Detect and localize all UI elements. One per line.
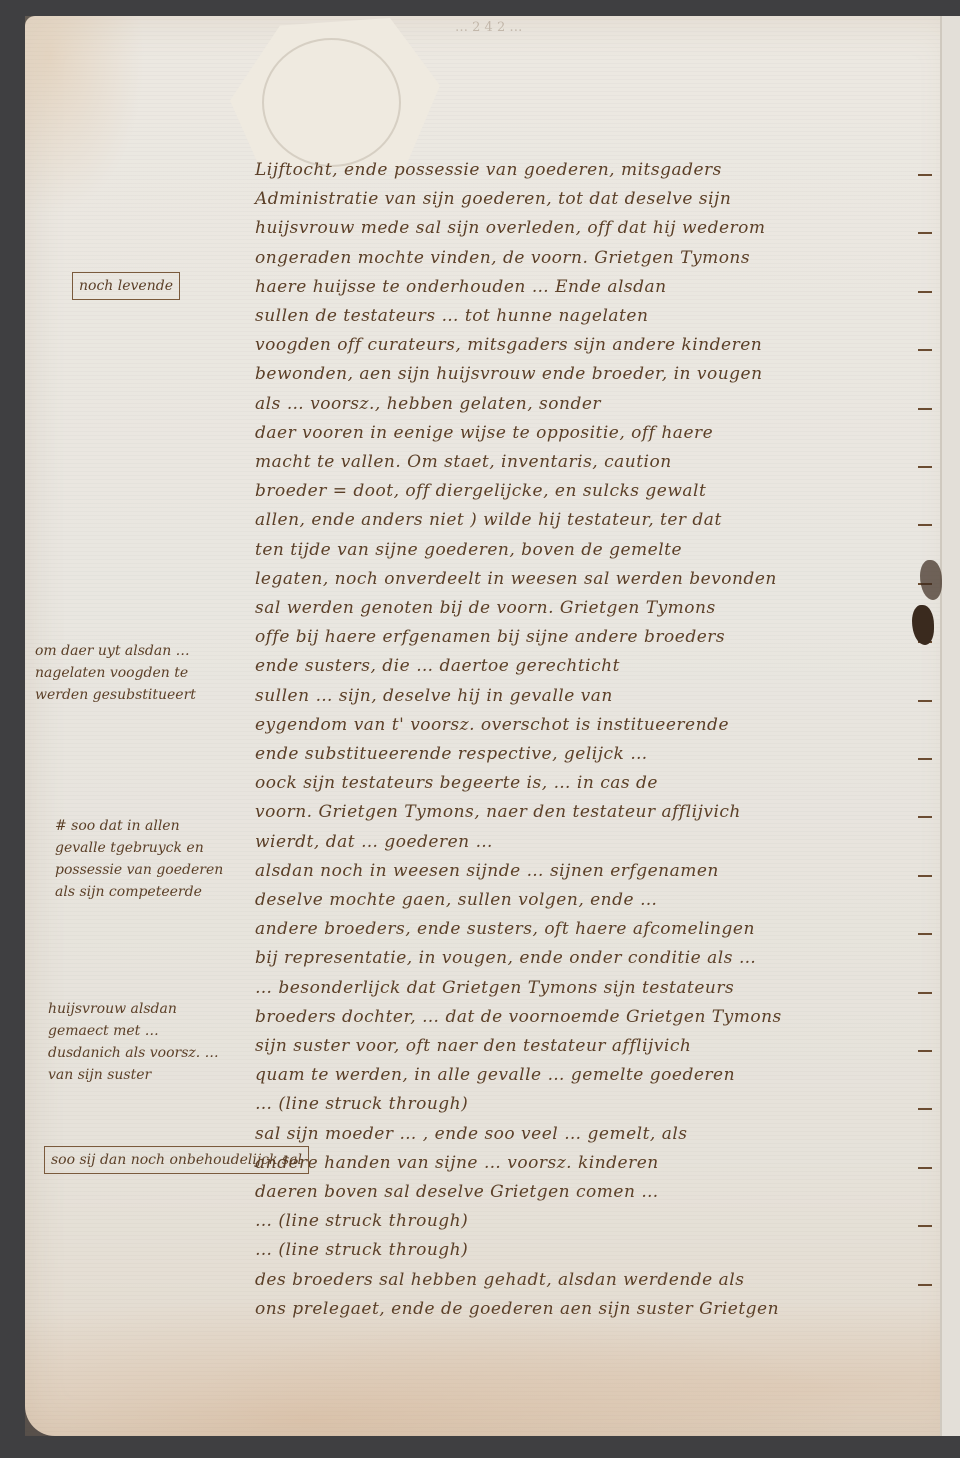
line-filler-dash (918, 816, 932, 818)
margin-note-soo-sij: soo sij dan noch onbehoudelijck sal (44, 1146, 309, 1174)
manuscript-line: ten tijde van sijne goederen, boven de g… (255, 540, 682, 560)
line-filler-dash (918, 524, 932, 526)
manuscript-line: … besonderlijck dat Grietgen Tymons sijn… (255, 978, 734, 998)
manuscript-line: sal sijn moeder … , ende soo veel … geme… (255, 1124, 688, 1144)
manuscript-line: allen, ende anders niet ) wilde hij test… (255, 510, 722, 530)
manuscript-line: eygendom van t' voorsz. overschot is ins… (255, 715, 729, 735)
manuscript-line: sullen … sijn, deselve hij in gevalle va… (255, 686, 613, 706)
line-filler-dash (918, 758, 932, 760)
manuscript-line: andere handen van sijne … voorsz. kinder… (255, 1153, 659, 1173)
manuscript-line: voogden off curateurs, mitsgaders sijn a… (255, 335, 762, 355)
line-filler-dash (918, 466, 932, 468)
manuscript-line: ongeraden mochte vinden, de voorn. Griet… (255, 248, 750, 268)
faint-page-number: … 2 4 2 … (455, 20, 522, 35)
manuscript-line: als … voorsz., hebben gelaten, sonder (255, 394, 601, 414)
manuscript-line: ons prelegaet, ende de goederen aen sijn… (255, 1299, 779, 1319)
manuscript-line: haere huijsse te onderhouden … Ende alsd… (255, 277, 667, 297)
margin-note-noch-levende: noch levende (72, 272, 180, 300)
manuscript-line: sal werden genoten bij de voorn. Grietge… (255, 598, 716, 618)
line-filler-dash (918, 1225, 932, 1227)
line-filler-dash (918, 875, 932, 877)
seal-impression (262, 38, 401, 167)
margin-note-possessie: # soo dat in allen gevalle tgebruyck en … (55, 815, 230, 903)
line-filler-dash (918, 1108, 932, 1110)
manuscript-line: daer vooren in eenige wijse te oppositie… (255, 423, 713, 443)
line-filler-dash (918, 1284, 932, 1286)
manuscript-line: deselve mochte gaen, sullen volgen, ende… (255, 890, 657, 910)
manuscript-line: daeren boven sal deselve Grietgen comen … (255, 1182, 659, 1202)
line-filler-dash (918, 700, 932, 702)
manuscript-line: sullen de testateurs … tot hunne nagelat… (255, 306, 648, 326)
manuscript-line: Lijftocht, ende possessie van goederen, … (255, 160, 722, 180)
line-filler-dash (918, 933, 932, 935)
manuscript-line: … (line struck through) (255, 1094, 468, 1114)
manuscript-line: voorn. Grietgen Tymons, naer den testate… (255, 802, 741, 822)
line-filler-dash (918, 232, 932, 234)
line-filler-dash (918, 1167, 932, 1169)
margin-note-huijsvrouw: huijsvrouw alsdan gemaect met … dusdanic… (48, 998, 228, 1086)
line-filler-dash (918, 174, 932, 176)
manuscript-line: sijn suster voor, oft naer den testateur… (255, 1036, 691, 1056)
manuscript-line: … (line struck through) (255, 1211, 468, 1231)
line-filler-dash (918, 349, 932, 351)
manuscript-line: … (line struck through) (255, 1240, 468, 1260)
line-filler-dash (918, 291, 932, 293)
manuscript-line: andere broeders, ende susters, oft haere… (255, 919, 755, 939)
manuscript-line: huijsvrouw mede sal sijn overleden, off … (255, 218, 766, 238)
manuscript-line: bewonden, aen sijn huijsvrouw ende broed… (255, 364, 763, 384)
manuscript-line: bij representatie, in vougen, ende onder… (255, 948, 756, 968)
manuscript-line: ende substitueerende respective, gelijck… (255, 744, 648, 764)
facing-page-edge (940, 16, 960, 1436)
manuscript-line: ende susters, die … daertoe gerechticht (255, 656, 620, 676)
manuscript-line: offe bij haere erfgenamen bij sijne ande… (255, 627, 725, 647)
manuscript-line: legaten, noch onverdeelt in weesen sal w… (255, 569, 777, 589)
manuscript-line: oock sijn testateurs begeerte is, … in c… (255, 773, 658, 793)
manuscript-line: broeder = doot, off diergelijcke, en sul… (255, 481, 706, 501)
manuscript-line: quam te werden, in alle gevalle … gemelt… (255, 1065, 735, 1085)
paper-stain-corner (25, 16, 145, 216)
line-filler-dash (918, 1050, 932, 1052)
line-filler-dash (918, 992, 932, 994)
line-filler-dash (918, 408, 932, 410)
manuscript-line: Administratie van sijn goederen, tot dat… (255, 189, 731, 209)
manuscript-line: broeders dochter, … dat de voornoemde Gr… (255, 1007, 782, 1027)
manuscript-line: wierdt, dat … goederen … (255, 832, 493, 852)
margin-note-substitution: om daer uyt alsdan … nagelaten voogden t… (35, 640, 225, 706)
manuscript-line: des broeders sal hebben gehadt, alsdan w… (255, 1270, 744, 1290)
manuscript-line: alsdan noch in weesen sijnde … sijnen er… (255, 861, 719, 881)
manuscript-line: macht te vallen. Om staet, inventaris, c… (255, 452, 672, 472)
